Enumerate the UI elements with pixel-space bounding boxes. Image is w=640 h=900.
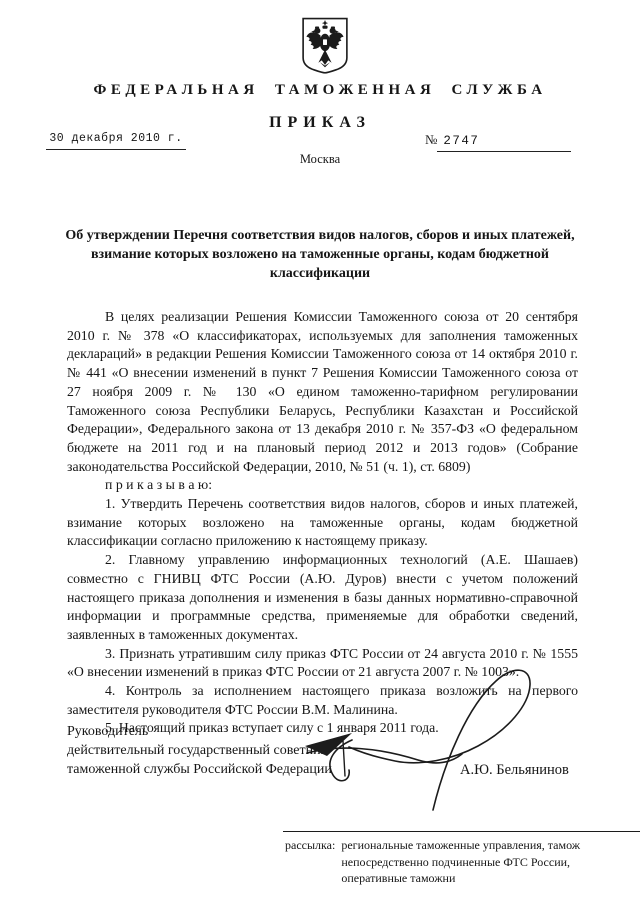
preamble-paragraph: В целях реализации Решения Комиссии Тамо…: [67, 308, 578, 476]
org-name: ФЕДЕРАЛЬНАЯ ТАМОЖЕННАЯ СЛУЖБА: [0, 82, 640, 99]
document-page: ФЕДЕРАЛЬНАЯ ТАМОЖЕННАЯ СЛУЖБА ПРИКАЗ 30 …: [0, 0, 640, 900]
doc-number-field: №2747: [425, 132, 571, 152]
doc-number-value: 2747: [437, 134, 571, 152]
subject-line: классификации: [40, 264, 600, 283]
doc-type-title: ПРИКАЗ: [0, 114, 640, 132]
decree-word: п р и к а з ы в а ю:: [67, 476, 578, 495]
city-label: Москва: [0, 152, 640, 167]
distribution-line: региональные таможенные управления, тамо…: [341, 837, 580, 854]
distribution-label: рассылка:: [285, 837, 335, 854]
distribution-line: оперативные таможни: [341, 870, 580, 887]
doc-subject-title: Об утверждении Перечня соответствия видо…: [40, 226, 600, 283]
coat-of-arms-icon: [301, 17, 349, 74]
number-sign-label: №: [425, 132, 437, 147]
distribution-line: непосредственно подчиненные ФТС России,: [341, 854, 580, 871]
signer-position-line: действительный государственный советник: [67, 741, 332, 760]
distribution-lines: региональные таможенные управления, тамо…: [341, 837, 580, 887]
subject-line: взимание которых возложено на таможенные…: [40, 245, 600, 264]
distribution-note: рассылка:региональные таможенные управле…: [285, 837, 640, 887]
signer-position-line: Руководитель: [67, 722, 332, 741]
subject-line: Об утверждении Перечня соответствия видо…: [40, 226, 600, 245]
signoff-block: Руководитель действительный государствен…: [67, 722, 332, 779]
distribution-divider: [283, 831, 640, 832]
signer-position-line: таможенной службы Российской Федерации: [67, 760, 332, 779]
order-item-1: 1. Утвердить Перечень соответствия видов…: [67, 495, 578, 551]
signature-handwriting-icon: [295, 655, 555, 820]
doc-date-field: 30 декабря 2010 г.: [46, 132, 186, 150]
order-item-2: 2. Главному управлению информационных те…: [67, 551, 578, 645]
